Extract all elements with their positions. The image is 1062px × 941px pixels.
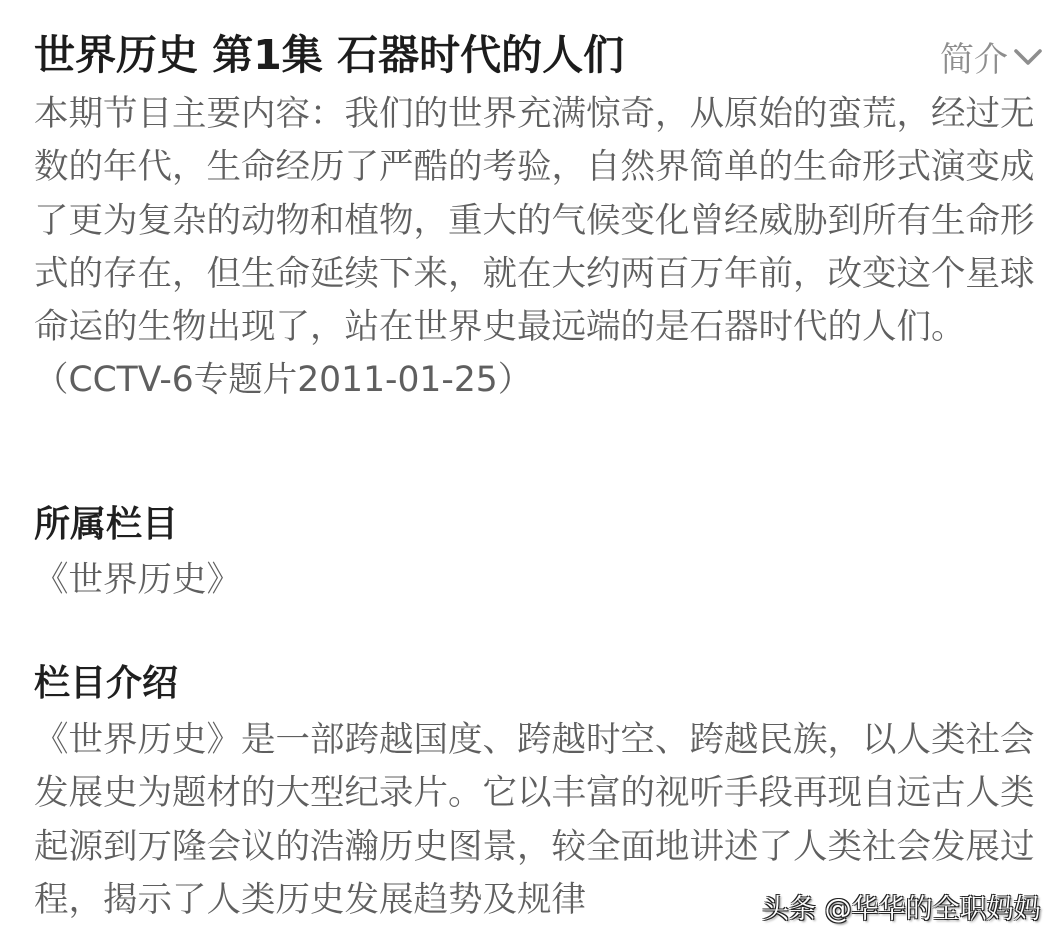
column-name-link[interactable]: 《世界历史》	[34, 554, 1049, 607]
watermark: 头条 @华华的全职妈妈	[762, 887, 1041, 926]
episode-title: 世界历史 第1集 石器时代的人们	[34, 22, 624, 81]
intro-toggle-button[interactable]: 简介	[940, 32, 1046, 81]
episode-description: 本期节目主要内容：我们的世界充满惊奇，从原始的蛮荒，经过无数的年代，生命经历了严…	[34, 88, 1049, 408]
title-row: 世界历史 第1集 石器时代的人们 简介	[34, 22, 1046, 82]
column-intro-heading: 栏目介绍	[34, 655, 178, 706]
column-heading: 所属栏目	[34, 496, 178, 547]
intro-toggle-label: 简介	[940, 32, 1008, 81]
chevron-down-icon	[1010, 39, 1046, 75]
